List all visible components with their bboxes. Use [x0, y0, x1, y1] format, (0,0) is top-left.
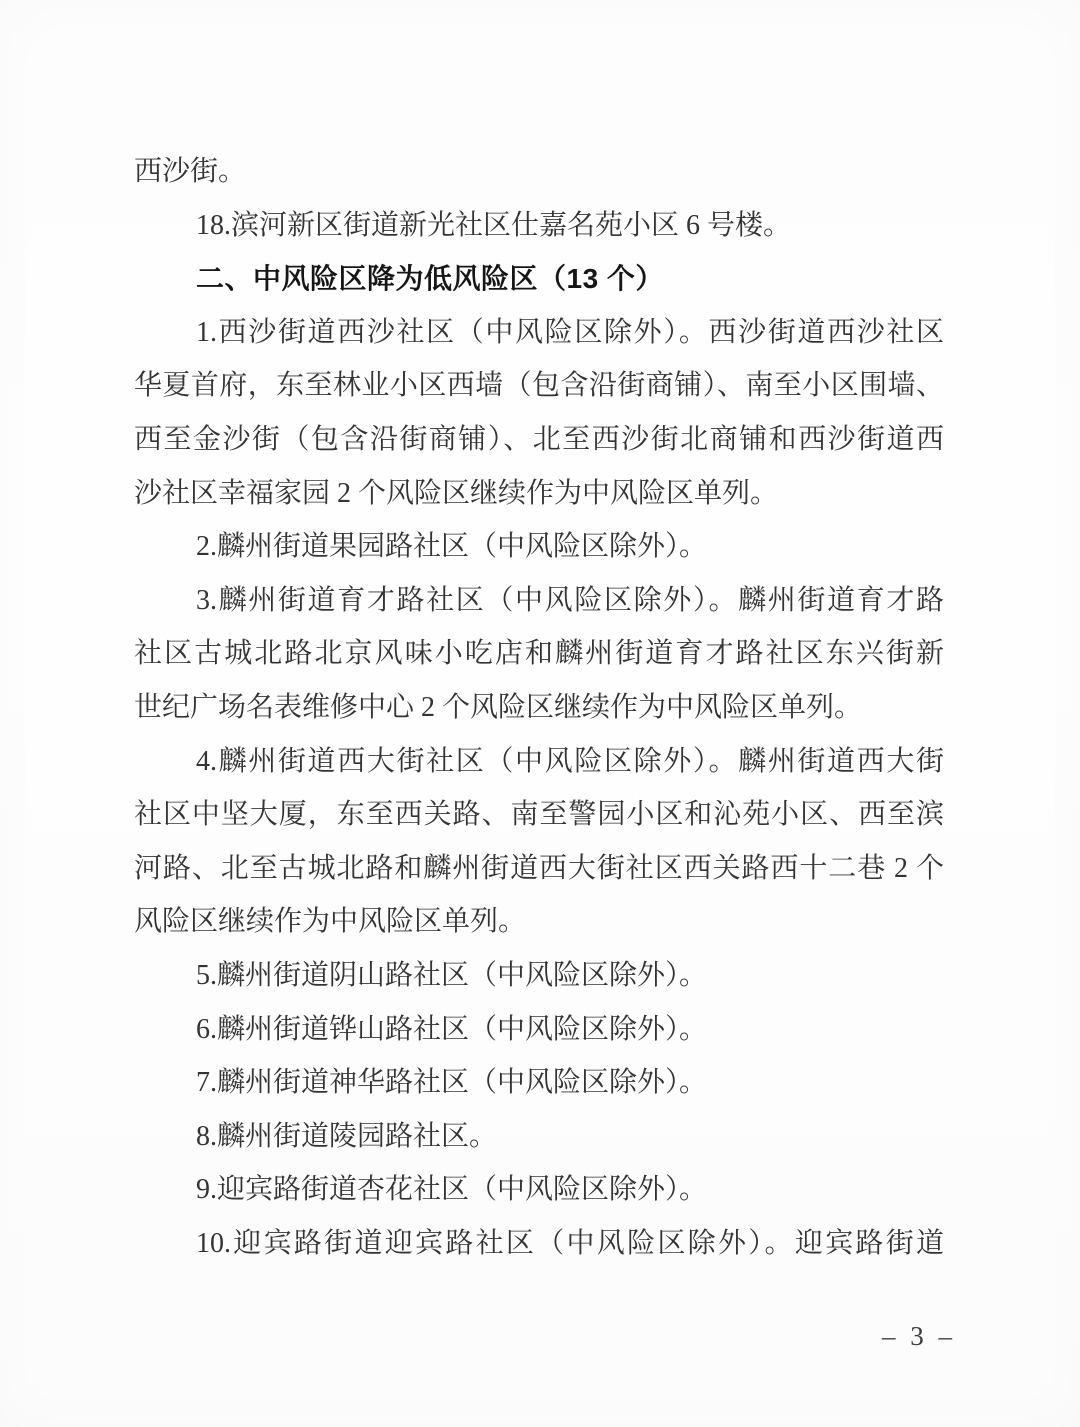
document-line: 河路、北至古城北路和麟州街道西大街社区西关路西十二巷 2 个: [134, 842, 944, 896]
document-line: 3.麟州街道育才路社区（中风险区除外）。麟州街道育才路: [134, 574, 944, 628]
document-line: 4.麟州街道西大街社区（中风险区除外）。麟州街道西大街: [134, 735, 944, 789]
document-line: 10.迎宾路街道迎宾路社区（中风险区除外）。迎宾路街道: [134, 1217, 944, 1271]
document-line: 风险区继续作为中风险区单列。: [134, 895, 944, 949]
document-line: 9.迎宾路街道杏花社区（中风险区除外）。: [134, 1163, 944, 1217]
section-heading: 二、中风险区降为低风险区（13 个）: [134, 252, 944, 306]
document-line: 社区中坚大厦，东至西关路、南至警园小区和沁苑小区、西至滨: [134, 788, 944, 842]
page-number: – 3 –: [882, 1320, 956, 1352]
document-line: 1.西沙街道西沙社区（中风险区除外）。西沙街道西沙社区: [134, 306, 944, 360]
document-line: 6.麟州街道铧山路社区（中风险区除外）。: [134, 1003, 944, 1057]
document-line: 8.麟州街道陵园路社区。: [134, 1110, 944, 1164]
document-line: 7.麟州街道神华路社区（中风险区除外）。: [134, 1056, 944, 1110]
document-line: 西沙街。: [134, 145, 944, 199]
document-line: 18.滨河新区街道新光社区仕嘉名苑小区 6 号楼。: [134, 199, 944, 253]
document-line: 华夏首府，东至林业小区西墙（包含沿街商铺）、南至小区围墙、: [134, 359, 944, 413]
document-line: 世纪广场名表维修中心 2 个风险区继续作为中风险区单列。: [134, 681, 944, 735]
document-line: 2.麟州街道果园路社区（中风险区除外）。: [134, 520, 944, 574]
document-page: 西沙街。18.滨河新区街道新光社区仕嘉名苑小区 6 号楼。二、中风险区降为低风险…: [0, 0, 1080, 1427]
document-body: 西沙街。18.滨河新区街道新光社区仕嘉名苑小区 6 号楼。二、中风险区降为低风险…: [134, 145, 944, 1270]
document-line: 社区古城北路北京风味小吃店和麟州街道育才路社区东兴街新: [134, 627, 944, 681]
document-line: 5.麟州街道阴山路社区（中风险区除外）。: [134, 949, 944, 1003]
document-line: 沙社区幸福家园 2 个风险区继续作为中风险区单列。: [134, 467, 944, 521]
document-line: 西至金沙街（包含沿街商铺）、北至西沙街北商铺和西沙街道西: [134, 413, 944, 467]
